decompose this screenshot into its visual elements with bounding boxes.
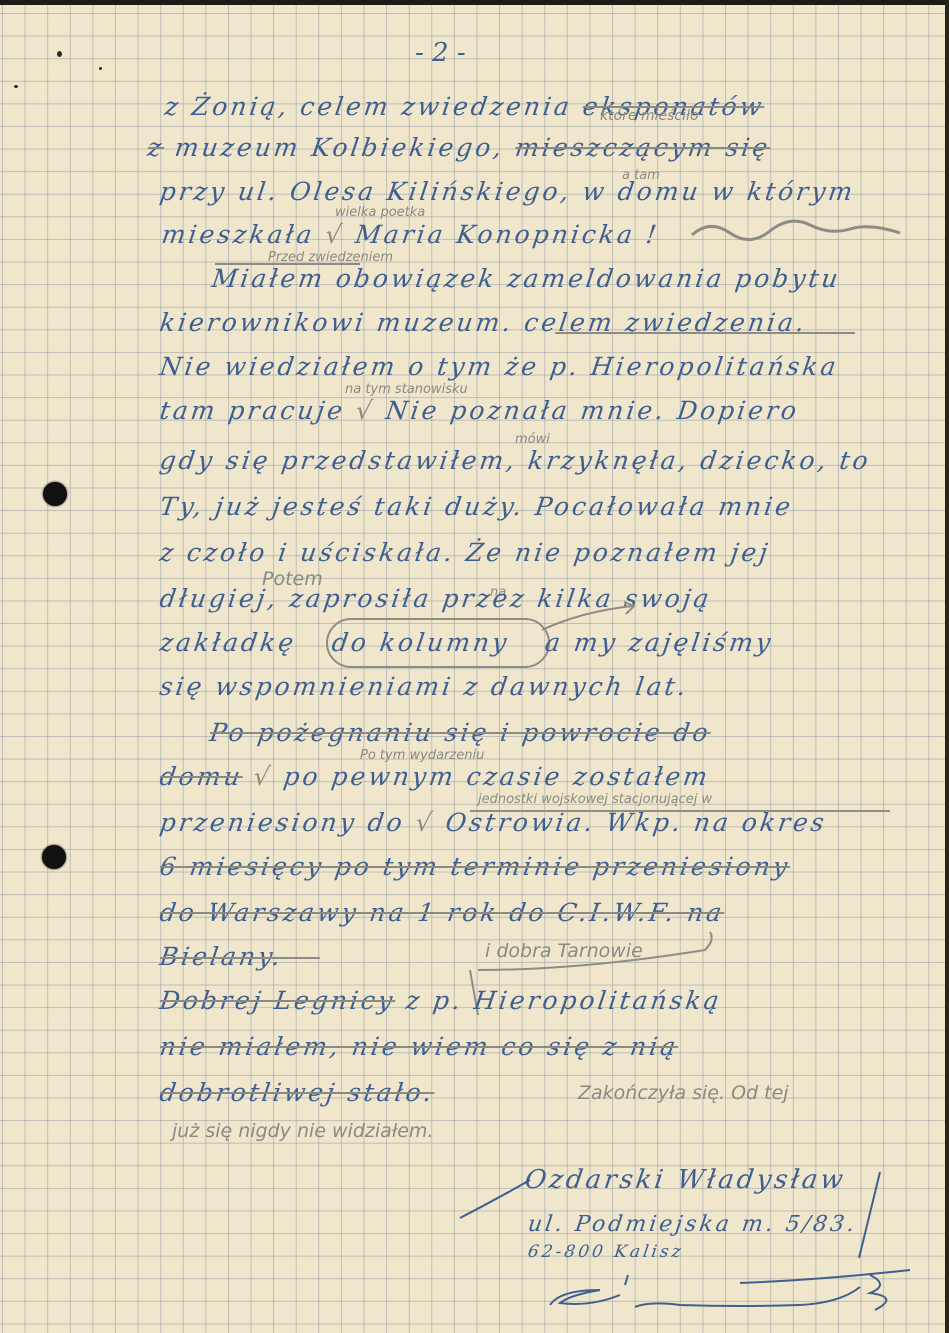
scan-edge-right	[945, 0, 949, 1333]
address-line-2: 62-800 Kalisz	[527, 1242, 685, 1262]
signature-name: Ozdarski Władysław	[523, 1165, 848, 1195]
text-line-2: z muzeum Kolbiekiego, mieszczącym się	[146, 133, 772, 162]
line-text: długiej,	[158, 584, 281, 613]
struck-word: domu	[158, 762, 245, 791]
circled-text: do kolumny	[330, 628, 511, 657]
signature-scribble	[540, 1265, 920, 1325]
text-line-15: Po pożegnaniu się i powrocie do	[208, 718, 713, 747]
pencil-squiggle	[690, 215, 910, 245]
text-line-8: tam pracuje √ Nie poznała mnie. Dopiero	[158, 396, 801, 425]
line-text: Ostrowia. Wkp. na okres	[444, 808, 829, 837]
punch-hole	[42, 845, 66, 869]
line-text: zakładkę	[158, 628, 298, 657]
line-text: z p. Hieropolitańską	[404, 986, 724, 1015]
line-text: krzyknęła, dziecko, to	[526, 446, 873, 475]
struck-word: Dobrej Legnicy	[158, 986, 397, 1015]
line-text: Maria Konopnicka !	[353, 220, 661, 249]
pencil-line	[160, 957, 320, 959]
ink-speck	[57, 51, 62, 57]
line-text: tam pracuje	[158, 396, 347, 425]
line-text: a my zajęliśmy	[543, 628, 775, 657]
text-line-13: zakładkę do kolumny a my zajęliśmy	[158, 628, 775, 657]
text-line-16: domu √ po pewnym czasie zostałem	[158, 762, 712, 791]
line-text: mieszkała	[160, 220, 317, 249]
text-line-11: z czoło i uściskała. Że nie poznałem jej	[158, 538, 772, 567]
text-line-3: przy ul. Olesa Kilińskiego, w domu w któ…	[158, 177, 857, 206]
struck-word: mieszczącym się	[513, 133, 772, 162]
line-text: przeniesiony do	[158, 808, 407, 837]
struck-word: dobrotliwej stało.	[158, 1078, 437, 1107]
insertion-above: Po tym wydarzeniu	[360, 748, 484, 763]
insertion-above: wielka poetka	[335, 205, 425, 220]
text-line-17: przeniesiony do √ Ostrowia. Wkp. na okre…	[158, 808, 829, 837]
line-text: Nie poznała mnie. Dopiero	[384, 396, 801, 425]
text-line-4: mieszkała √ Maria Konopnicka !	[160, 220, 661, 249]
signature-flourish	[455, 1140, 535, 1220]
pencil-annotation: już się nigdy nie widziałem.	[172, 1120, 433, 1142]
struck-word: z	[146, 133, 166, 162]
text-line-19: do Warszawy na 1 rok do C.I.W.F. na	[158, 898, 726, 927]
pencil-annotation: Zakończyła się. Od tej	[578, 1082, 789, 1104]
insertion-above: które mieściło	[600, 108, 699, 124]
ink-speck	[99, 67, 102, 70]
address-line-1: ul. Podmiejska m. 5/83.	[526, 1212, 859, 1237]
line-text: z Żonią, celem zwiedzenia	[163, 92, 574, 121]
signature-slash	[855, 1170, 885, 1260]
ink-speck	[14, 85, 18, 88]
text-line-23: dobrotliwej stało.	[158, 1078, 437, 1107]
line-text: muzeum Kolbiekiego,	[173, 133, 506, 162]
insertion-above: mówi	[515, 432, 550, 447]
line-text: gdy się przedstawiłem,	[158, 446, 519, 475]
text-line-18: 6 miesięcy po tym terminie przeniesiony	[158, 852, 792, 881]
insertion-above: jednostki wojskowej stacjonującej w	[478, 792, 712, 807]
page-number: - 2 -	[415, 38, 466, 68]
text-line-9: gdy się przedstawiłem, krzyknęła, dzieck…	[158, 446, 873, 475]
text-line-7: Nie wiedziałem o tym że p. Hieropolitańs…	[158, 352, 841, 381]
text-line-5: Miałem obowiązek zameldowania pobytu	[210, 264, 843, 293]
text-line-14: się wspomnieniami z dawnych lat.	[158, 672, 691, 701]
insertion-above: na tym stanowisku	[345, 382, 468, 397]
line-text: zaprosiła przez kilka swoją	[288, 584, 714, 613]
line-text: po pewnym czasie zostałem	[282, 762, 712, 791]
text-line-10: Ty, już jesteś taki duży. Pocałowała mni…	[158, 492, 795, 521]
punch-hole	[43, 482, 67, 506]
pencil-underline	[555, 332, 855, 334]
text-line-21: Dobrej Legnicy z p. Hieropolitańską	[158, 986, 724, 1015]
text-line-22: nie miałem, nie wiem co się z nią	[158, 1032, 680, 1061]
